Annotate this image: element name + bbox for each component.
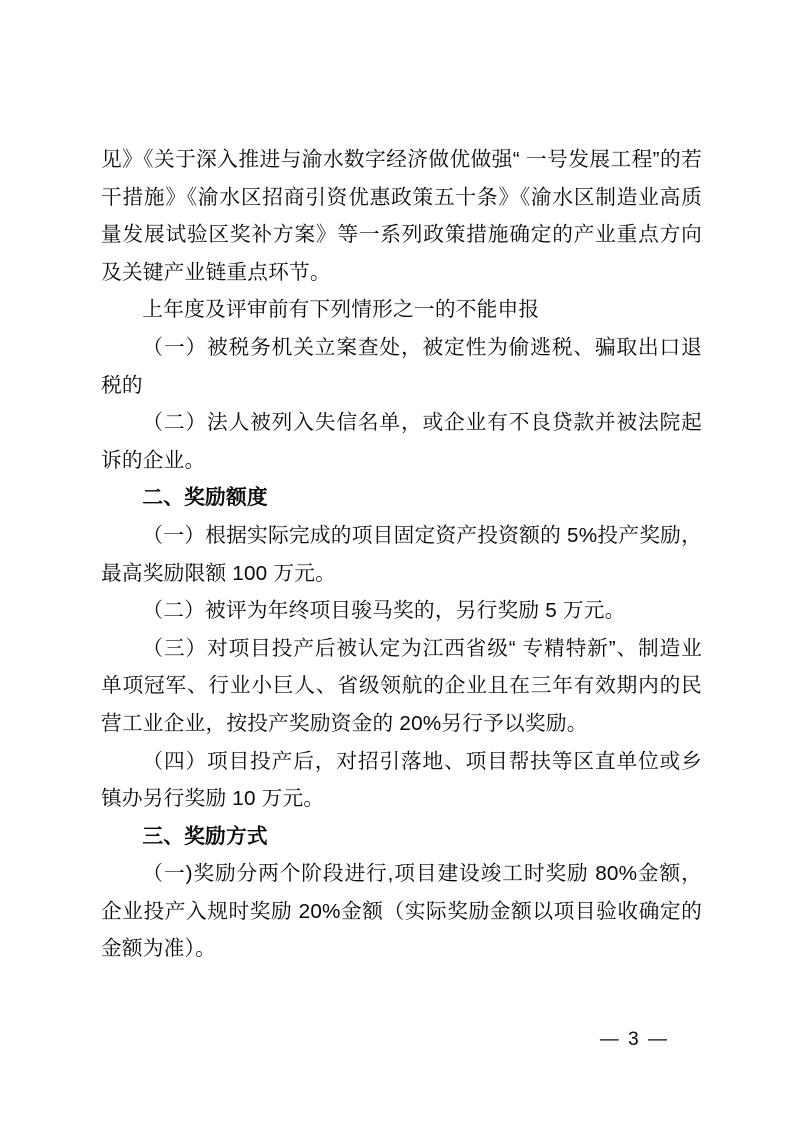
paragraph-ineligibility-item-1: （一）被税务机关立案查处，被定性为偷逃税、骗取出口退税的 bbox=[101, 329, 702, 404]
section-heading-reward-method: 三、奖励方式 bbox=[101, 818, 702, 856]
paragraph-reward-item-2: （二）被评为年终项目骏马奖的，另行奖励 5 万元。 bbox=[101, 592, 702, 630]
document-page: 见》《关于深入推进与渝水数字经济做优做强“ 一号发展工程”的若干措施》《渝水区招… bbox=[0, 0, 793, 1122]
paragraph-policy-continuation: 见》《关于深入推进与渝水数字经济做优做强“ 一号发展工程”的若干措施》《渝水区招… bbox=[101, 141, 702, 291]
paragraph-ineligibility-intro: 上年度及评审前有下列情形之一的不能申报 bbox=[101, 291, 702, 329]
document-content: 见》《关于深入推进与渝水数字经济做优做强“ 一号发展工程”的若干措施》《渝水区招… bbox=[101, 141, 702, 968]
paragraph-reward-item-1: （一）根据实际完成的项目固定资产投资额的 5%投产奖励，最高奖励限额 100 万… bbox=[101, 517, 702, 592]
page-number: — 3 — bbox=[600, 1030, 669, 1049]
paragraph-ineligibility-item-2: （二）法人被列入失信名单，或企业有不良贷款并被法院起诉的企业。 bbox=[101, 404, 702, 479]
section-heading-reward-amount: 二、奖励额度 bbox=[101, 479, 702, 517]
paragraph-reward-item-3: （三）对项目投产后被认定为江西省级“ 专精特新”、制造业单项冠军、行业小巨人、省… bbox=[101, 630, 702, 743]
paragraph-method-item-1: （一)奖励分两个阶段进行,项目建设竣工时奖励 80%金额，企业投产入规时奖励 2… bbox=[101, 855, 702, 968]
paragraph-reward-item-4: （四）项目投产后，对招引落地、项目帮扶等区直单位或乡镇办另行奖励 10 万元。 bbox=[101, 743, 702, 818]
